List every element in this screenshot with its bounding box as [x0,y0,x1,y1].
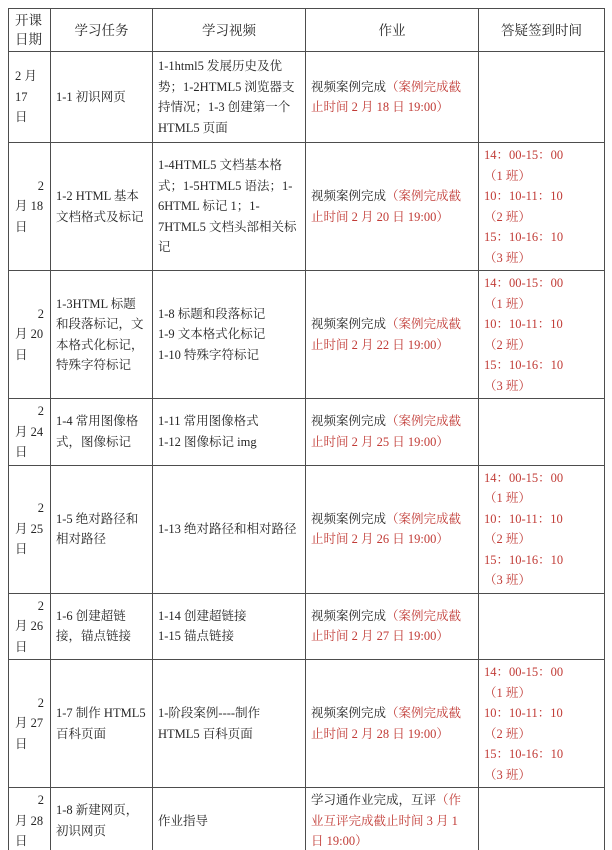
homework-text: 视频案例完成 [311,609,386,623]
qa-time-cell [479,399,605,466]
date-line-rest: 月 27 日 [15,713,46,754]
homework-cell: 视频案例完成（案例完成截止时间 2 月 27 日 19:00） [306,593,479,660]
homework-cell: 视频案例完成（案例完成截止时间 2 月 28 日 19:00） [306,660,479,788]
video-cell: 1-14 创建超链接 1-15 锚点链接 [153,593,306,660]
qa-time-cell [479,593,605,660]
task-cell: 1-7 制作 HTML5 百科页面 [51,660,153,788]
task-cell: 1-1 初识网页 [51,52,153,143]
date-line-top: 2 [15,176,46,197]
video-cell: 1-8 标题和段落标记 1-9 文本格式化标记 1-10 特殊字符标记 [153,271,306,399]
task-cell: 1-3HTML 标题和段落标记，文本格式化标记，特殊字符标记 [51,271,153,399]
date-line-top: 2 [15,790,46,811]
date-cell: 2月 20 日 [9,271,51,399]
qa-time-cell [479,788,605,850]
homework-cell: 视频案例完成（案例完成截止时间 2 月 26 日 19:00） [306,465,479,593]
date-cell: 2月 26 日 [9,593,51,660]
table-row: 2 月 17 日 1-1 初识网页 1-1html5 发展历史及优势；1-2HT… [9,52,605,143]
table-row: 2月 26 日 1-6 创建超链接，锚点链接 1-14 创建超链接 1-15 锚… [9,593,605,660]
table-row: 2月 18 日 1-2 HTML 基本文档格式及标记 1-4HTML5 文档基本… [9,143,605,271]
table-row: 2月 24 日 1-4 常用图像格式，图像标记 1-11 常用图像格式 1-12… [9,399,605,466]
homework-cell: 学习通作业完成，互评（作业互评完成截止时间 3 月 1 日 19:00） [306,788,479,850]
date-line-rest: 2 月 17 日 [15,66,46,128]
date-line-rest: 月 20 日 [15,324,46,365]
date-cell: 2 月 17 日 [9,52,51,143]
date-line-top: 2 [15,693,46,714]
table-row: 2月 25 日 1-5 绝对路径和相对路径 1-13 绝对路径和相对路径 视频案… [9,465,605,593]
homework-text: 视频案例完成 [311,414,386,428]
course-schedule-table: 开课日期 学习任务 学习视频 作业 答疑签到时间 2 月 17 日 1-1 初识… [8,8,605,850]
date-line-top: 2 [15,498,46,519]
video-cell: 1-13 绝对路径和相对路径 [153,465,306,593]
video-cell: 1-1html5 发展历史及优势；1-2HTML5 浏览器支持情况；1-3 创建… [153,52,306,143]
date-cell: 2月 28 日 [9,788,51,850]
header-row: 开课日期 学习任务 学习视频 作业 答疑签到时间 [9,9,605,52]
table-row: 2月 20 日 1-3HTML 标题和段落标记，文本格式化标记，特殊字符标记 1… [9,271,605,399]
qa-time-cell: 14：00-15：00 （1 班） 10：10-11：10 （2 班） 15：1… [479,271,605,399]
homework-cell: 视频案例完成（案例完成截止时间 2 月 20 日 19:00） [306,143,479,271]
col-header-learning-video: 学习视频 [153,9,306,52]
qa-time-cell: 14：00-15：00 （1 班） 10：10-11：10 （2 班） 15：1… [479,465,605,593]
homework-text: 视频案例完成 [311,706,386,720]
qa-time-cell: 14：00-15：00 （1 班） 10：10-11：10 （2 班） 15：1… [479,143,605,271]
date-cell: 2月 27 日 [9,660,51,788]
homework-text: 视频案例完成 [311,512,386,526]
homework-cell: 视频案例完成（案例完成截止时间 2 月 18 日 19:00） [306,52,479,143]
date-line-rest: 月 18 日 [15,196,46,237]
date-line-top: 2 [15,401,46,422]
date-line-rest: 月 25 日 [15,519,46,560]
date-line-top: 2 [15,596,46,617]
homework-text: 视频案例完成 [311,317,386,331]
table-row: 2月 28 日 1-8 新建网页，初识网页 作业指导 学习通作业完成，互评（作业… [9,788,605,850]
task-cell: 1-5 绝对路径和相对路径 [51,465,153,593]
table-row: 2月 27 日 1-7 制作 HTML5 百科页面 1-阶段案例----制作 H… [9,660,605,788]
homework-text: 视频案例完成 [311,80,386,94]
col-header-qa-signin-time: 答疑签到时间 [479,9,605,52]
video-cell: 1-11 常用图像格式 1-12 图像标记 img [153,399,306,466]
date-cell: 2月 25 日 [9,465,51,593]
homework-cell: 视频案例完成（案例完成截止时间 2 月 25 日 19:00） [306,399,479,466]
date-line-rest: 月 24 日 [15,422,46,463]
task-cell: 1-2 HTML 基本文档格式及标记 [51,143,153,271]
document-page: 开课日期 学习任务 学习视频 作业 答疑签到时间 2 月 17 日 1-1 初识… [0,0,612,850]
col-header-learning-task: 学习任务 [51,9,153,52]
task-cell: 1-6 创建超链接，锚点链接 [51,593,153,660]
col-header-homework: 作业 [306,9,479,52]
qa-time-cell: 14：00-15：00 （1 班） 10：10-11：10 （2 班） 15：1… [479,660,605,788]
task-cell: 1-4 常用图像格式，图像标记 [51,399,153,466]
task-cell: 1-8 新建网页，初识网页 [51,788,153,850]
date-cell: 2月 18 日 [9,143,51,271]
homework-text: 视频案例完成 [311,189,386,203]
date-line-rest: 月 28 日 [15,811,46,850]
date-cell: 2月 24 日 [9,399,51,466]
video-cell: 1-4HTML5 文档基本格式；1-5HTML5 语法；1-6HTML 标记 1… [153,143,306,271]
date-line-rest: 月 26 日 [15,616,46,657]
video-cell: 作业指导 [153,788,306,850]
homework-cell: 视频案例完成（案例完成截止时间 2 月 22 日 19:00） [306,271,479,399]
qa-time-cell [479,52,605,143]
homework-text: 学习通作业完成，互评 [311,793,436,807]
col-header-start-date: 开课日期 [9,9,51,52]
video-cell: 1-阶段案例----制作 HTML5 百科页面 [153,660,306,788]
date-line-top: 2 [15,304,46,325]
